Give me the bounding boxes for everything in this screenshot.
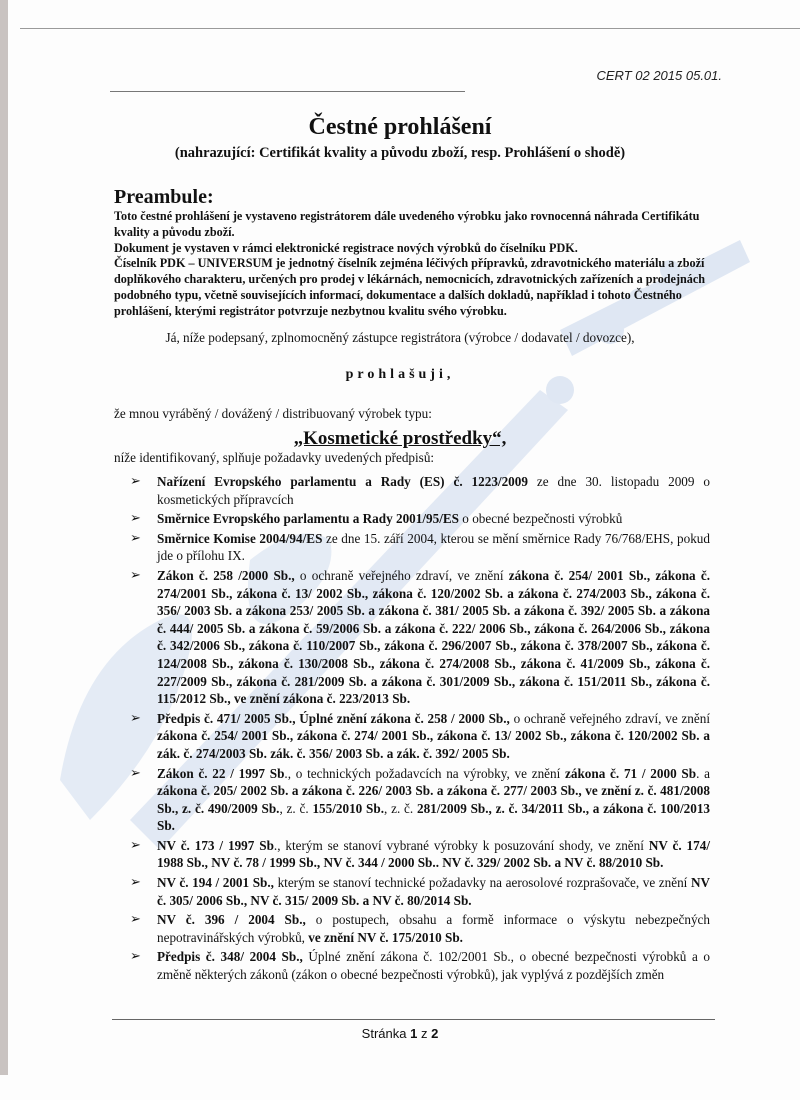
- arrow-bullet-icon: ➢: [130, 567, 141, 585]
- regulation-description: ., kterým se stanoví vybrané výrobky k p…: [274, 838, 649, 853]
- regulation-citation: Směrnice Komise 2004/94/ES: [157, 531, 322, 546]
- arrow-bullet-icon: ➢: [130, 765, 141, 783]
- arrow-bullet-icon: ➢: [130, 710, 141, 728]
- regulation-description: ., o technických požadavcích na výrobky,…: [284, 766, 565, 781]
- declare-word: prohlašuji,: [0, 367, 800, 383]
- regulation-citation: Zákon č. 258 /2000 Sb.,: [157, 568, 295, 583]
- arrow-bullet-icon: ➢: [130, 837, 141, 855]
- regulation-citation: zákona č. 254/ 2001 Sb., zákona č. 274/2…: [157, 568, 710, 706]
- regulation-citation: Nařízení Evropského parlamentu a Rady (E…: [157, 474, 528, 489]
- footer-rule: [112, 1019, 715, 1020]
- document-code: CERT 02 2015 05.01.: [596, 68, 722, 83]
- regulation-citation: NV č. 194 / 2001 Sb.,: [157, 875, 274, 890]
- regulations-list: ➢Nařízení Evropského parlamentu a Rady (…: [130, 473, 710, 986]
- regulation-citation: Zákon č. 22 / 1997 Sb: [157, 766, 284, 781]
- regulation-item: ➢NV č. 173 / 1997 Sb., kterým se stanoví…: [130, 837, 710, 872]
- product-intro: že mnou vyráběný / dovážený / distribuov…: [114, 406, 432, 422]
- regulation-description: , z. č.: [384, 801, 417, 816]
- page-sep: z: [421, 1026, 428, 1041]
- regulation-item: ➢Směrnice Komise 2004/94/ES ze dne 15. z…: [130, 530, 710, 565]
- regulation-description: . a: [696, 766, 710, 781]
- arrow-bullet-icon: ➢: [130, 874, 141, 892]
- regulation-citation: zákona č. 254/ 2001 Sb., zákona č. 274/ …: [157, 728, 710, 761]
- regulation-citation: Směrnice Evropského parlamentu a Rady 20…: [157, 511, 459, 526]
- regulation-citation: ve znění NV č. 175/2010 Sb.: [308, 930, 463, 945]
- preamble-paragraph: Toto čestné prohlášení je vystaveno regi…: [114, 209, 724, 241]
- product-type: „Kosmetické prostředky“,: [0, 428, 800, 450]
- regulation-item: ➢Předpis č. 348/ 2004 Sb., Úplné znění z…: [130, 948, 710, 983]
- preamble-text: Toto čestné prohlášení je vystaveno regi…: [114, 209, 724, 320]
- regulation-citation: NV č. 396 / 2004 Sb.,: [157, 912, 306, 927]
- regulation-item: ➢Předpis č. 471/ 2005 Sb., Úplné znění z…: [130, 710, 710, 763]
- regulation-citation: zákona č. 71 / 2000 Sb: [565, 766, 696, 781]
- declarant-line: Já, níže podepsaný, zplnomocněný zástupc…: [0, 330, 800, 346]
- arrow-bullet-icon: ➢: [130, 510, 141, 528]
- page-number: Stránka 1 z 2: [0, 1026, 800, 1041]
- preamble-paragraph: Dokument je vystaven v rámci elektronick…: [114, 241, 724, 257]
- regulation-item: ➢Nařízení Evropského parlamentu a Rady (…: [130, 473, 710, 508]
- regulation-item: ➢NV č. 194 / 2001 Sb., kterým se stanoví…: [130, 874, 710, 909]
- regulation-description: kterým se stanoví technické požadavky na…: [274, 875, 691, 890]
- regulation-item: ➢Zákon č. 258 /2000 Sb., o ochraně veřej…: [130, 567, 710, 708]
- page-total: 2: [431, 1026, 438, 1041]
- regulation-item: ➢Zákon č. 22 / 1997 Sb., o technických p…: [130, 765, 710, 835]
- compliance-intro: níže identifikovaný, splňuje požadavky u…: [114, 450, 434, 466]
- arrow-bullet-icon: ➢: [130, 911, 141, 929]
- page-label: Stránka: [362, 1026, 407, 1041]
- regulation-item: ➢NV č. 396 / 2004 Sb., o postupech, obsa…: [130, 911, 710, 946]
- regulation-item: ➢Směrnice Evropského parlamentu a Rady 2…: [130, 510, 710, 528]
- regulation-citation: NV č. 173 / 1997 Sb: [157, 838, 274, 853]
- regulation-description: o ochraně veřejného zdraví, ve znění: [295, 568, 509, 583]
- arrow-bullet-icon: ➢: [130, 530, 141, 548]
- regulation-description: , z. č.: [279, 801, 312, 816]
- regulation-description: o ochraně veřejného zdraví, ve znění: [510, 711, 710, 726]
- header-rule: [110, 91, 465, 92]
- regulation-citation: Předpis č. 348/ 2004 Sb.,: [157, 949, 303, 964]
- arrow-bullet-icon: ➢: [130, 948, 141, 966]
- regulation-citation: Předpis č. 471/ 2005 Sb., Úplné znění zá…: [157, 711, 510, 726]
- page-current: 1: [410, 1026, 417, 1041]
- document-title: Čestné prohlášení: [0, 114, 800, 141]
- preamble-paragraph: Číselník PDK – UNIVERSUM je jednotný čís…: [114, 256, 724, 319]
- arrow-bullet-icon: ➢: [130, 473, 141, 491]
- top-scan-rule: [20, 28, 800, 29]
- preamble-heading: Preambule:: [114, 186, 214, 209]
- document-subtitle: (nahrazující: Certifikát kvality a původ…: [0, 145, 800, 162]
- regulation-description: o obecné bezpečnosti výrobků: [459, 511, 622, 526]
- regulation-citation: 155/2010 Sb.: [312, 801, 384, 816]
